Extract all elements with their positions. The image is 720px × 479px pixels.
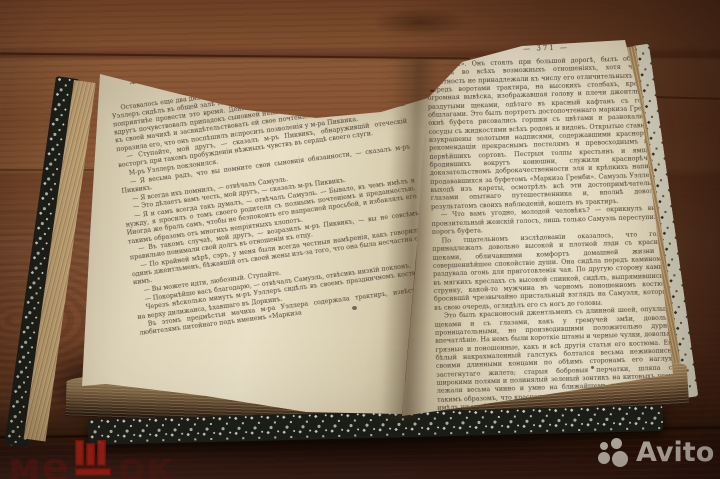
meshok-watermark-text-right: ок <box>118 452 175 479</box>
meshok-watermark-text-left: ме <box>8 452 70 479</box>
avito-logo-circle <box>600 442 608 450</box>
photo-open-book-on-table: — 370 — XXVII. Самуэль Уэллеръ совершает… <box>0 0 720 479</box>
meshok-logo-base <box>75 468 111 476</box>
left-page: — 370 — XXVII. Самуэль Уэллеръ совершает… <box>76 66 438 422</box>
meshok-watermark: ме ок <box>8 438 174 479</box>
avito-logo-circle <box>611 438 622 449</box>
avito-watermark: Avito <box>598 436 714 468</box>
meshok-logo-bar <box>97 440 106 466</box>
paragraph: По тщательномъ изслѣдованіи оказалось, ч… <box>432 229 674 311</box>
page-stain <box>352 306 357 310</box>
meshok-books-logo-icon <box>75 438 113 479</box>
printers-mark <box>591 366 594 369</box>
meshok-logo-bar <box>75 440 84 466</box>
avito-logo-circle <box>612 451 628 467</box>
avito-watermark-label: Avito <box>636 437 714 468</box>
avito-four-circles-logo-icon <box>598 436 632 468</box>
avito-logo-circle <box>598 452 610 464</box>
meshok-logo-bar <box>86 443 95 466</box>
